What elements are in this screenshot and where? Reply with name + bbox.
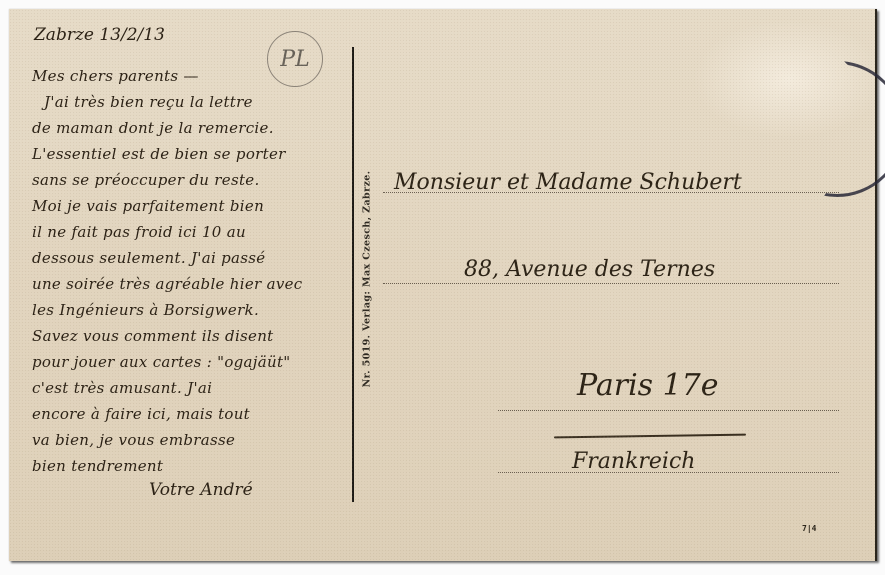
publisher-imprint: Nr. 5019. Verlag: Max Czesch, Zabrze. [362, 171, 373, 388]
message-line: Savez vous comment ils disent [32, 329, 274, 344]
address-dotted-line-4 [498, 472, 839, 473]
message-line: les Ingénieurs à Borsigwerk. [32, 303, 259, 318]
message-line: bien tendrement [32, 459, 163, 474]
address-dotted-line-3 [498, 410, 839, 411]
archive-pencil-mark: PL [267, 31, 323, 87]
message-line: Mes chers parents — [32, 69, 199, 84]
address-dotted-line-1 [383, 192, 839, 193]
message-line: dessous seulement. J'ai passé [32, 251, 265, 266]
message-line: il ne fait pas froid ici 10 au [32, 225, 246, 240]
message-line: pour jouer aux cartes : "ogajäüt" [32, 355, 290, 370]
address-city: Paris 17e [577, 371, 719, 401]
message-line: de maman dont je la remercie. [32, 121, 274, 136]
plate-number: 7|4 [802, 524, 816, 533]
address-country: Frankreich [572, 451, 695, 473]
message-line: L'essentiel est de bien se porter [32, 147, 286, 162]
center-divider [352, 47, 354, 502]
message-line: une soirée très agréable hier avec [32, 277, 302, 292]
message-line: encore à faire ici, mais tout [32, 407, 250, 422]
message-line: J'ai très bien reçu la lettre [44, 95, 253, 110]
message-date: Zabrze 13/2/13 [34, 27, 165, 44]
signature: Votre André [149, 482, 253, 499]
address-street: 88, Avenue des Ternes [464, 259, 715, 281]
address-recipient: Monsieur et Madame Schubert [394, 172, 742, 194]
message-line: Moi je vais parfaitement bien [32, 199, 264, 214]
address-dotted-line-2 [383, 283, 839, 284]
message-line: va bien, je vous embrasse [32, 433, 235, 448]
message-line: sans se préoccuper du reste. [32, 173, 260, 188]
city-underline-stroke [554, 434, 746, 439]
postmark-stamp [769, 61, 885, 197]
postcard: Zabrze 13/2/13 PL Mes chers parents — J'… [9, 9, 877, 561]
message-line: c'est très amusant. J'ai [32, 381, 212, 396]
